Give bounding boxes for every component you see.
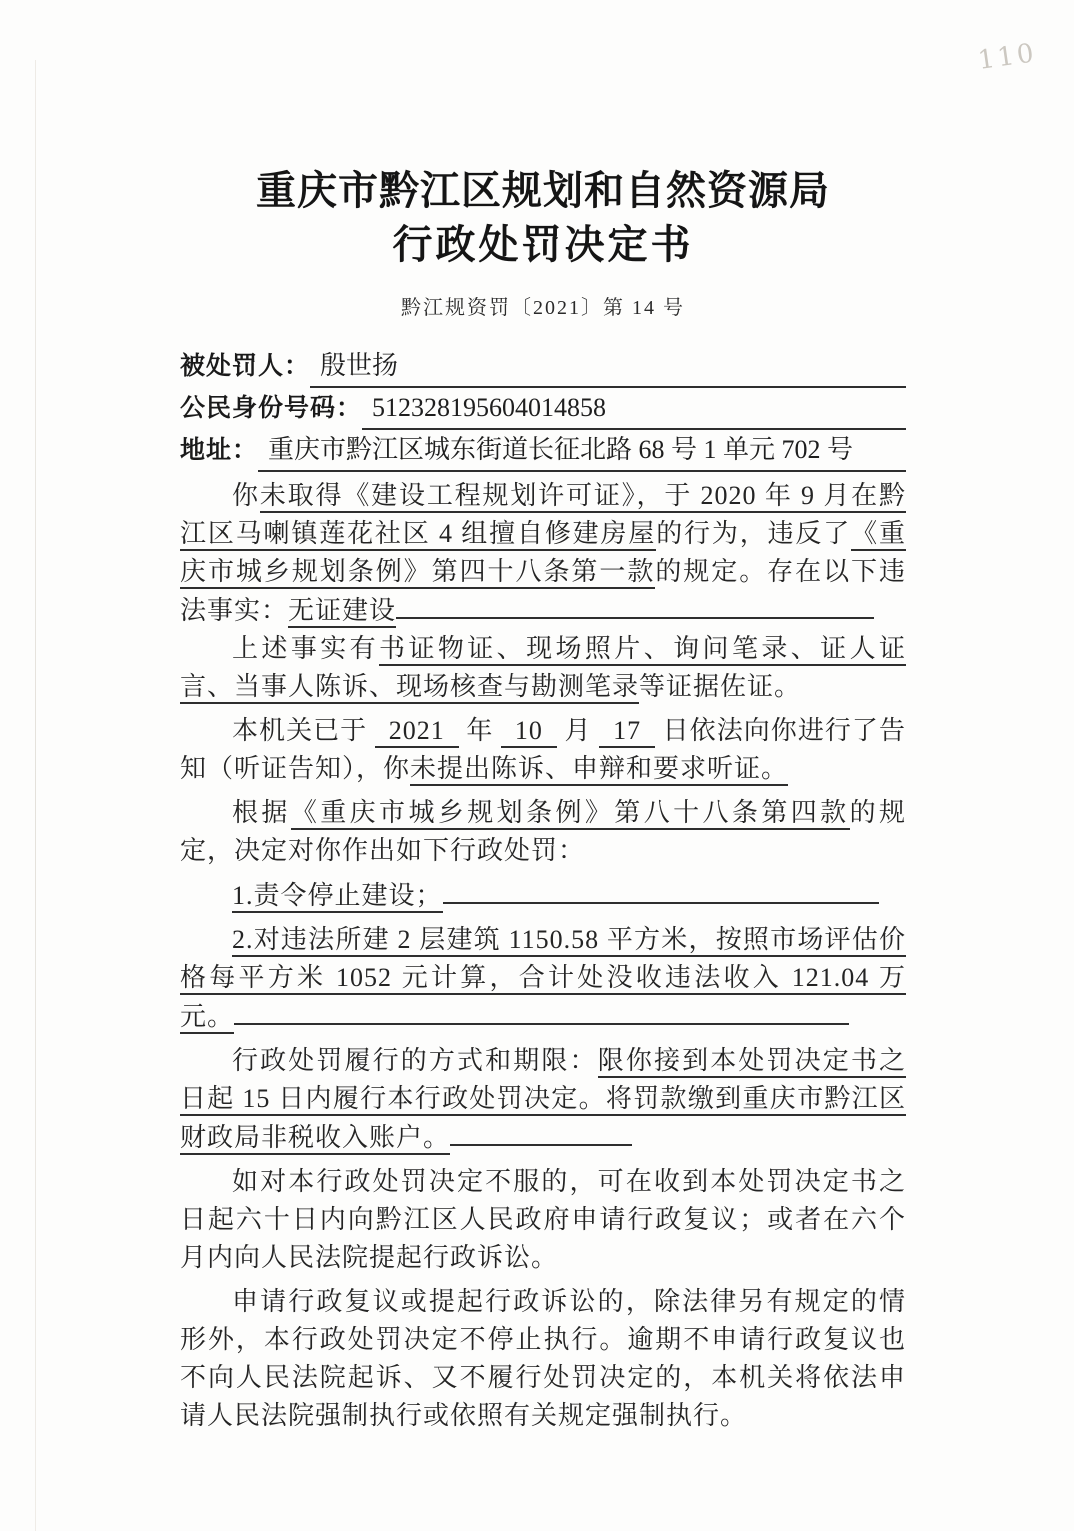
p6-plain: 如对本行政处罚决定不服的，可在收到本处罚决定书之日起六十日内向黔江区人民政府申请…: [180, 1167, 906, 1272]
handwritten-page-number: 110: [976, 38, 1038, 76]
p3-plain-4: 月: [564, 716, 591, 745]
paragraph-enforcement: 申请行政复议或提起行政诉讼的，除法律另有规定的情形外，本行政处罚决定不停止执行。…: [180, 1283, 906, 1435]
p4-plain-0: 根据: [232, 798, 291, 827]
paragraph-fulfillment: 行政处罚履行的方式和期限：限你接到本处罚决定书之日起 15 日内履行本行政处罚决…: [180, 1042, 906, 1157]
citizen-id-label: 公民身份号码：: [180, 389, 362, 428]
penalty-item-1: 1.责令停止建设；: [180, 876, 906, 915]
p4-underlined-1: 《重庆市城乡规划条例》第八十八条第四款: [291, 798, 850, 830]
blank-underline: [450, 1118, 632, 1146]
item1-underlined: 1.责令停止建设；: [232, 881, 443, 913]
paragraph-notification: 本机关已于 2021 年 10 月 17 日依法向你进行了告知（听证告知），你未…: [180, 712, 906, 788]
notify-year-blank: 2021: [375, 716, 459, 748]
p3-plain-0: 本机关已于: [232, 716, 367, 745]
p7-plain: 申请行政复议或提起行政诉讼的，除法律另有规定的情形外，本行政处罚决定不停止执行。…: [180, 1287, 906, 1430]
document-page: 110 重庆市黔江区规划和自然资源局 行政处罚决定书 黔江规资罚〔2021〕第 …: [0, 0, 1074, 1531]
p5-plain-0: 行政处罚履行的方式和期限：: [232, 1046, 598, 1075]
doc-number: 黔江规资罚〔2021〕第 14 号: [180, 296, 906, 320]
blank-underline: [396, 591, 874, 619]
paragraph-violation-facts: 你未取得《建设工程规划许可证》，于 2020 年 9 月在黔江区马喇镇莲花社区 …: [180, 477, 906, 630]
citizen-id-value: 512328195604014858: [362, 388, 906, 430]
penalized-person-label: 被处罚人：: [180, 347, 310, 386]
penalty-item-2: 2.对违法所建 2 层建筑 1150.58 平方米，按照市场评估价格每平方米 1…: [180, 921, 906, 1036]
p3-underlined-7: 未提出陈诉、申辩和要求听证。: [410, 754, 788, 786]
field-penalized-person: 被处罚人： 殷世扬: [180, 346, 906, 388]
p1-underlined-5: 无证建设: [288, 596, 396, 628]
p1-plain-0: 你: [232, 481, 260, 510]
field-citizen-id: 公民身份号码： 512328195604014858: [180, 388, 906, 430]
address-label: 地址：: [180, 431, 258, 470]
p2-plain-0: 上述事实有: [232, 634, 379, 663]
content-section: 你未取得《建设工程规划许可证》，于 2020 年 9 月在黔江区马喇镇莲花社区 …: [180, 477, 906, 1435]
notify-month-blank: 10: [501, 716, 557, 748]
field-address: 地址： 重庆市黔江区城东街道长征北路 68 号 1 单元 702 号: [180, 430, 906, 472]
paragraph-legal-basis: 根据《重庆市城乡规划条例》第八十八条第四款的规定，决定对你作出如下行政处罚：: [180, 794, 906, 870]
paragraph-evidence: 上述事实有书证物证、现场照片、询问笔录、证人证言、当事人陈诉、现场核查与勘测笔录…: [180, 630, 906, 706]
p2-plain-2: 等证据佐证。: [639, 672, 801, 701]
blank-underline: [443, 876, 879, 904]
scan-edge-artifact: [35, 60, 36, 1531]
org-title: 重庆市黔江区规划和自然资源局: [180, 166, 906, 216]
p3-plain-2: 年: [466, 716, 493, 745]
fields-section: 被处罚人： 殷世扬 公民身份号码： 512328195604014858 地址：…: [180, 346, 906, 472]
blank-underline: [234, 997, 849, 1025]
p1-plain-2: 的行为，违反了: [656, 519, 851, 548]
address-value: 重庆市黔江区城东街道长征北路 68 号 1 单元 702 号: [258, 430, 906, 472]
notify-day-blank: 17: [599, 716, 655, 748]
paragraph-appeal-rights: 如对本行政处罚决定不服的，可在收到本处罚决定书之日起六十日内向黔江区人民政府申请…: [180, 1163, 906, 1277]
doc-title: 行政处罚决定书: [180, 220, 906, 270]
penalized-person-value: 殷世扬: [310, 346, 906, 388]
document-body: 重庆市黔江区规划和自然资源局 行政处罚决定书 黔江规资罚〔2021〕第 14 号…: [180, 166, 906, 1435]
